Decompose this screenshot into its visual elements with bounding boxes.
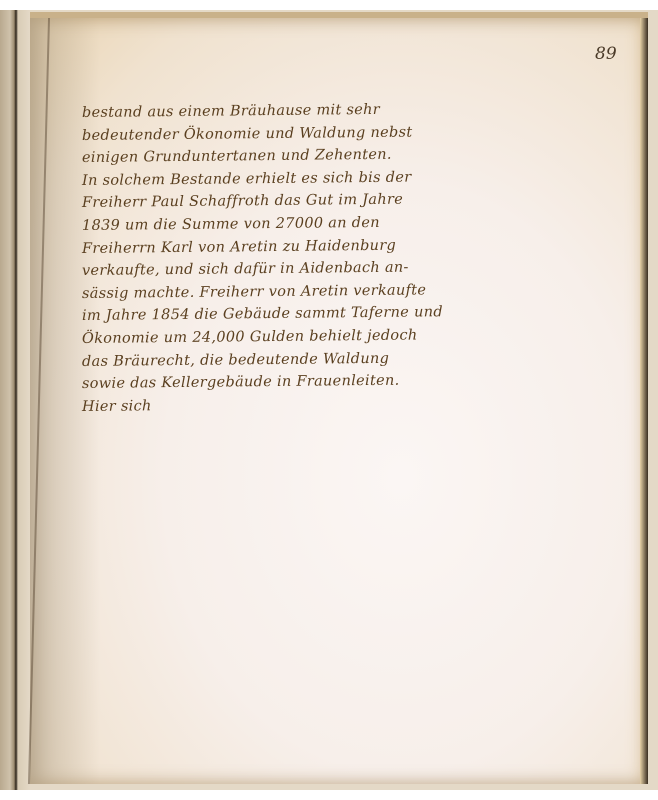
manuscript-page: 89 bestand aus einem Bräuhause mit sehr …: [30, 12, 648, 784]
page-number: 89: [595, 44, 617, 64]
scanned-manuscript: 89 bestand aus einem Bräuhause mit sehr …: [0, 10, 658, 790]
page-fold-line: [28, 18, 50, 784]
handwritten-text: bestand aus einem Bräuhause mit sehr bed…: [82, 102, 552, 418]
page-edge: [640, 18, 648, 784]
text-line: Hier sich: [82, 391, 552, 419]
